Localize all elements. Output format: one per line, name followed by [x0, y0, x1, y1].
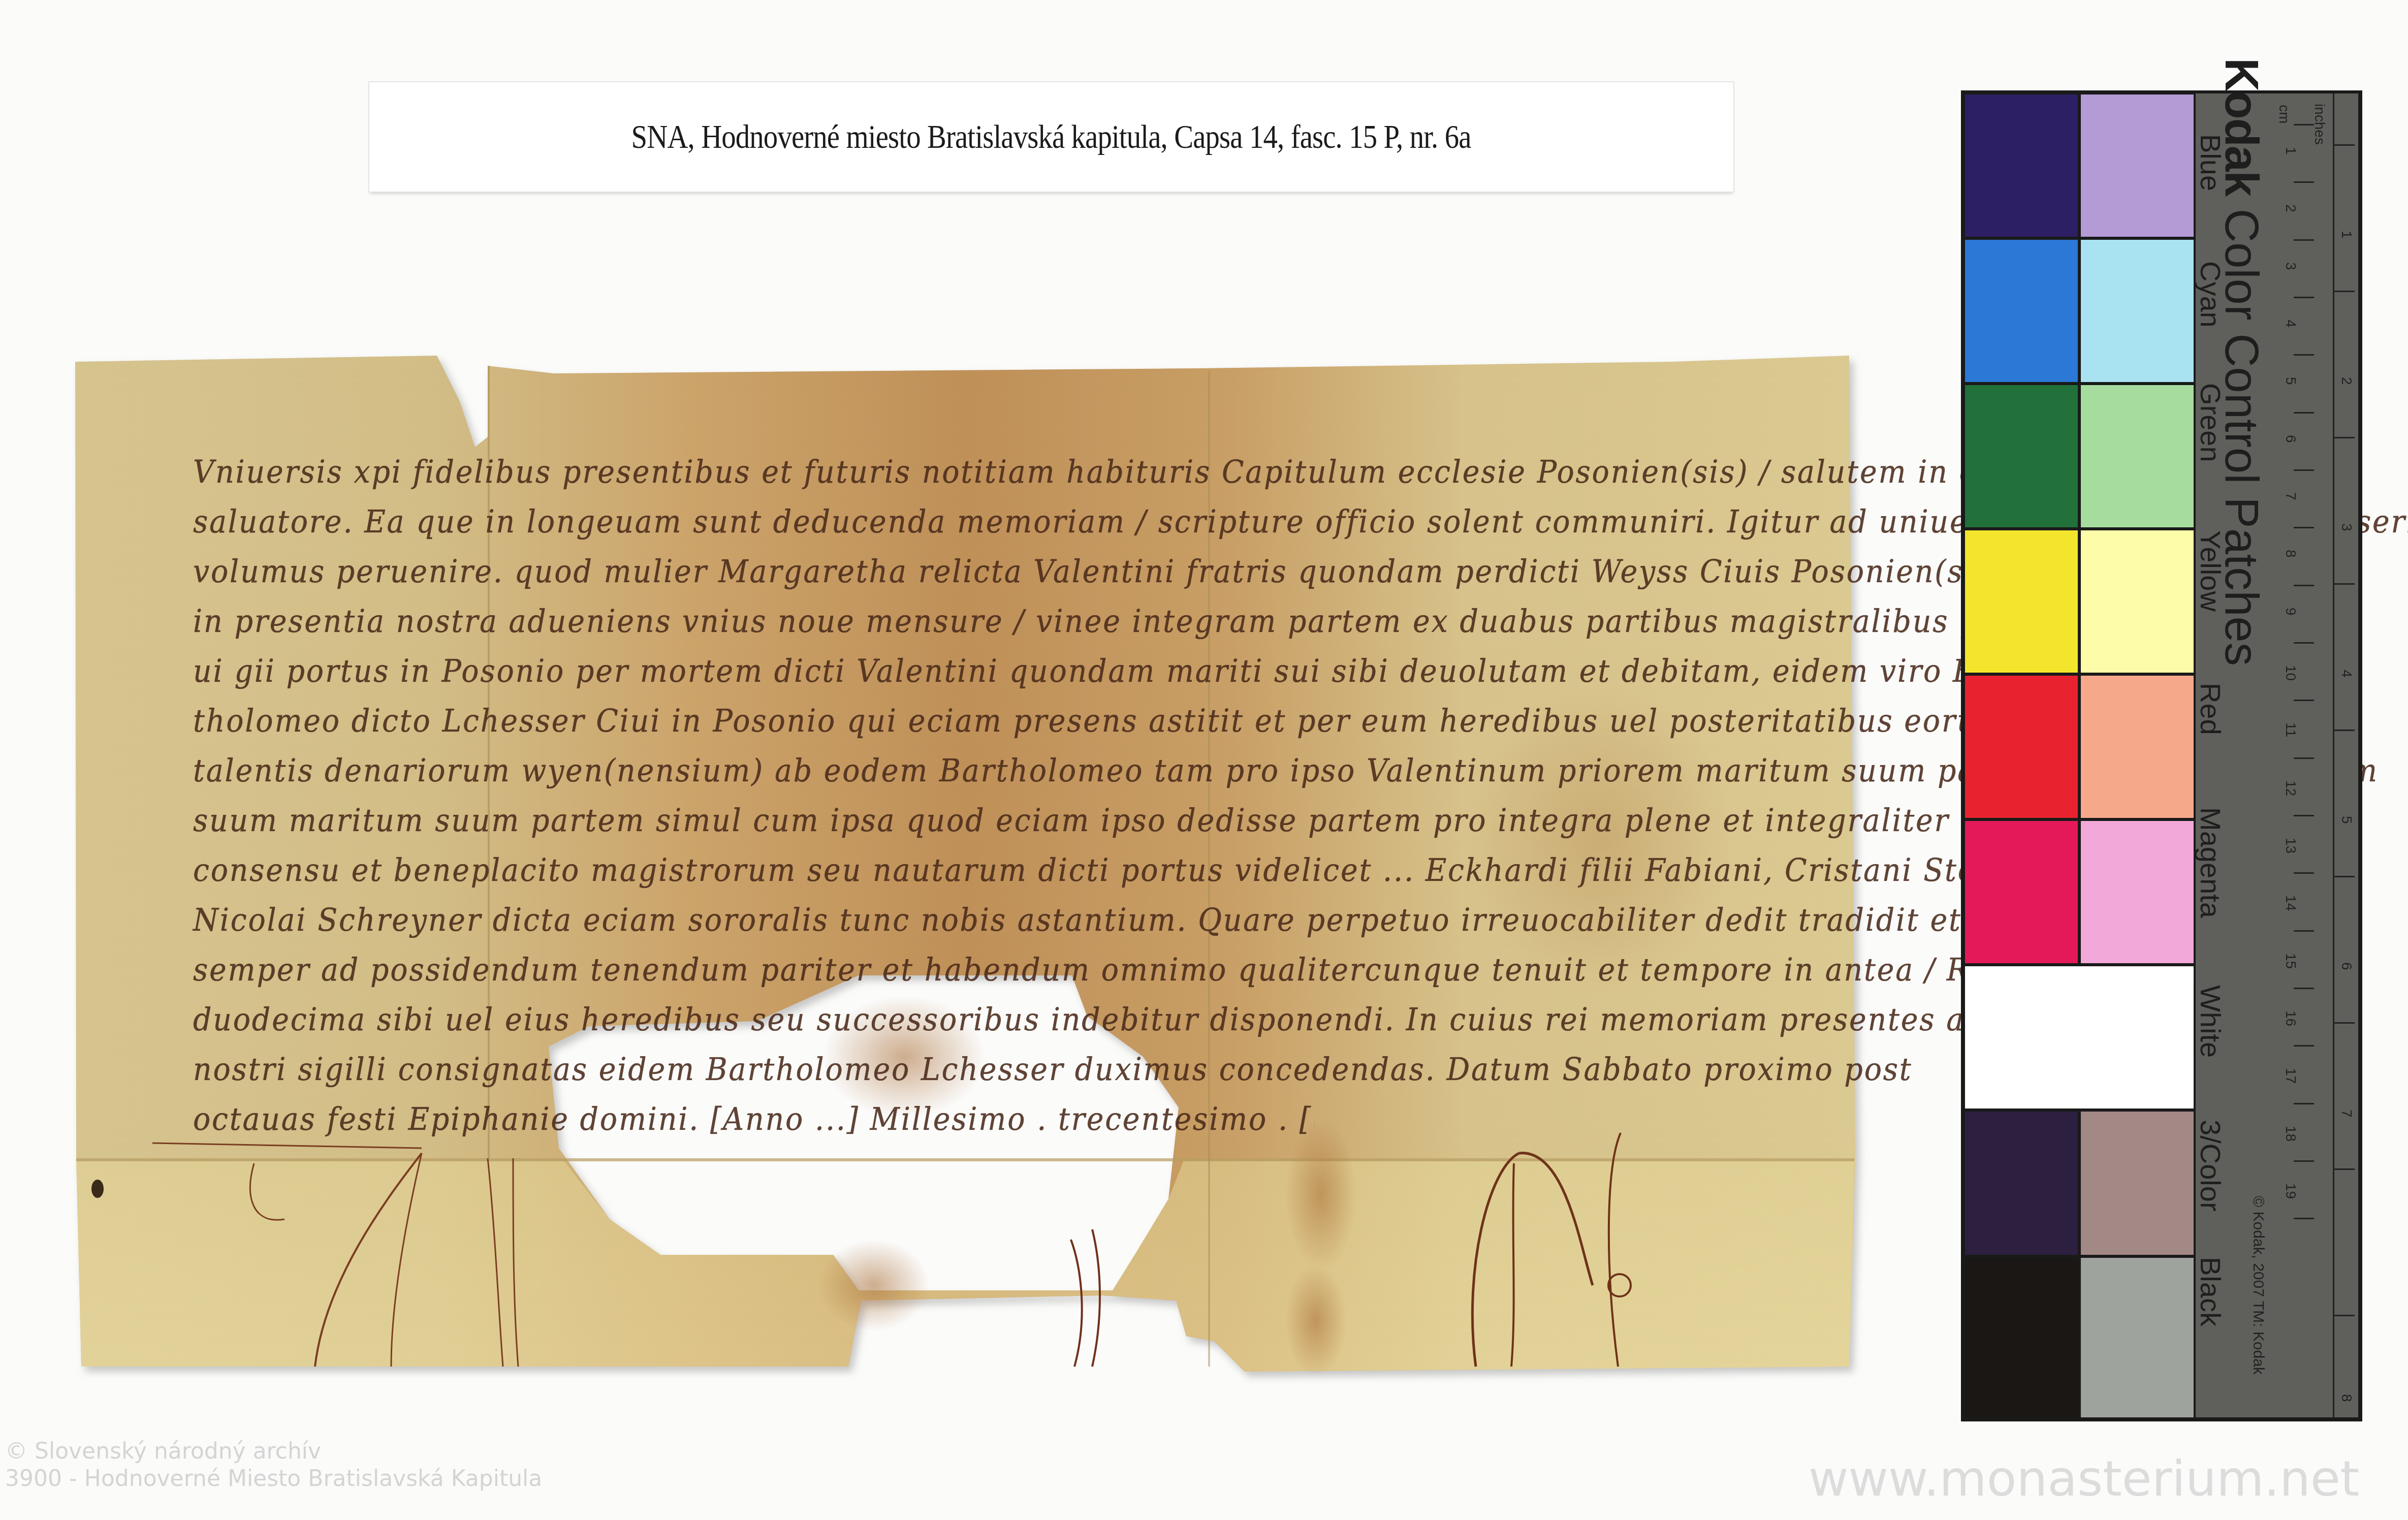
patch-magenta-dark: [1965, 821, 2078, 963]
charter-line: saluatore. Ea que in longeuam sunt deduc…: [193, 497, 1651, 547]
charter-line: Vniuersis xpi fidelibus presentibus et f…: [193, 447, 1651, 497]
label-green: Green: [2194, 383, 2227, 462]
cm-label: 3: [2283, 262, 2299, 270]
patch-cyan-dark: [1965, 240, 2078, 382]
charter-line: talentis denariorum wyen(nensium) ab eod…: [193, 746, 1651, 796]
label-black: Black: [2194, 1257, 2227, 1326]
patch-green-dark: [1965, 385, 2078, 527]
charter-line: in presentia nostra adueniens vnius noue…: [193, 596, 1651, 646]
label-yellow: Yellow: [2194, 530, 2227, 612]
cm-unit-label: cm: [2276, 105, 2292, 123]
inch-label: 5: [2338, 816, 2355, 824]
cm-label: 14: [2283, 895, 2299, 911]
patch-magenta-light: [2081, 821, 2194, 963]
patch-blue-light: [2081, 94, 2194, 237]
label-white: White: [2194, 985, 2227, 1058]
inch-label: 8: [2338, 1394, 2355, 1402]
charter-line: volumus peruenire. quod mulier Margareth…: [193, 547, 1651, 596]
cm-label: 15: [2283, 953, 2299, 969]
archive-fonds: 3900 - Hodnoverné Miesto Bratislavská Ka…: [5, 1465, 542, 1493]
charter-line: ui gii portus in Posonio per mortem dict…: [193, 646, 1651, 696]
charter-line: suum maritum suum partem simul cum ipsa …: [193, 796, 1651, 845]
charter-line: tholomeo dicto Lchesser Ciui in Posonio …: [193, 696, 1651, 746]
patch-red-dark: [1965, 676, 2078, 818]
cm-label: 9: [2283, 608, 2299, 616]
site-watermark: www.monasterium.net: [1809, 1450, 2359, 1507]
cm-label: 1: [2283, 147, 2299, 155]
cm-label: 11: [2283, 722, 2299, 737]
patch-black-light: [2081, 1258, 2194, 1417]
inch-label: 3: [2338, 523, 2355, 531]
cm-label: 2: [2283, 204, 2299, 212]
charter-line: duodecima sibi uel eius heredibus seu su…: [193, 995, 1651, 1044]
archive-watermark: © Slovenský národný archív 3900 - Hodnov…: [5, 1438, 542, 1493]
patch-3color-light: [2081, 1112, 2194, 1255]
inch-label: 2: [2338, 377, 2355, 385]
patch-black-dark: [1965, 1258, 2078, 1417]
ruler: 1 2 3 4 5 6 7 8 9 10 11 12 13 14 15 16 1…: [2333, 93, 2360, 1417]
patch-green-light: [2081, 385, 2194, 527]
cm-label: 4: [2283, 320, 2299, 328]
inch-label: 1: [2338, 231, 2355, 239]
patch-3color-dark: [1965, 1112, 2078, 1255]
charter-line: consensu et beneplacito magistrorum seu …: [193, 845, 1651, 895]
label-red: Red: [2194, 683, 2227, 735]
patch-yellow-dark: [1965, 530, 2078, 673]
patch-yellow-light: [2081, 530, 2194, 673]
patch-red-light: [2081, 676, 2194, 818]
inch-label: 7: [2338, 1110, 2355, 1118]
archive-copyright: © Slovenský národný archív: [5, 1438, 542, 1465]
kodak-copyright: © Kodak, 2007 TM: Kodak: [2249, 1196, 2267, 1375]
cm-label: 5: [2283, 377, 2299, 385]
patch-cyan-light: [2081, 240, 2194, 382]
cm-label: 8: [2283, 550, 2299, 558]
patch-blue-dark: [1965, 94, 2078, 237]
charter-line: semper ad possidendum tenendum pariter e…: [193, 945, 1651, 995]
inch-label: 6: [2338, 962, 2355, 970]
label-cyan: Cyan: [2194, 261, 2227, 328]
cm-label: 13: [2283, 838, 2299, 853]
label-magenta: Magenta: [2194, 807, 2227, 918]
patch-white: [1965, 966, 2194, 1109]
inch-label: 4: [2338, 670, 2355, 678]
cm-label: 17: [2283, 1068, 2299, 1084]
cm-label: 7: [2283, 492, 2299, 500]
label-3color: 3/Color: [2194, 1120, 2227, 1212]
label-blue: Blue: [2194, 134, 2227, 191]
cm-label: 12: [2283, 780, 2299, 796]
cm-label: 16: [2283, 1010, 2299, 1026]
charter-line: Nicolai Schreyner dicta eciam sororalis …: [193, 895, 1651, 945]
cm-label: 19: [2283, 1183, 2299, 1199]
cm-label: 6: [2283, 435, 2299, 443]
charter-line: octauas festi Epiphanie domini. [Anno ..…: [193, 1094, 1315, 1144]
cm-label: 18: [2283, 1126, 2299, 1142]
kodak-color-chart: Kodak Color Control Patches Blue Cyan Gr…: [1961, 90, 2362, 1421]
charter-line: nostri sigilli consignatas eidem Barthol…: [193, 1044, 1651, 1094]
cm-label: 10: [2283, 665, 2299, 681]
charter-text: Vniuersis xpi fidelibus presentibus et f…: [193, 447, 1778, 1144]
